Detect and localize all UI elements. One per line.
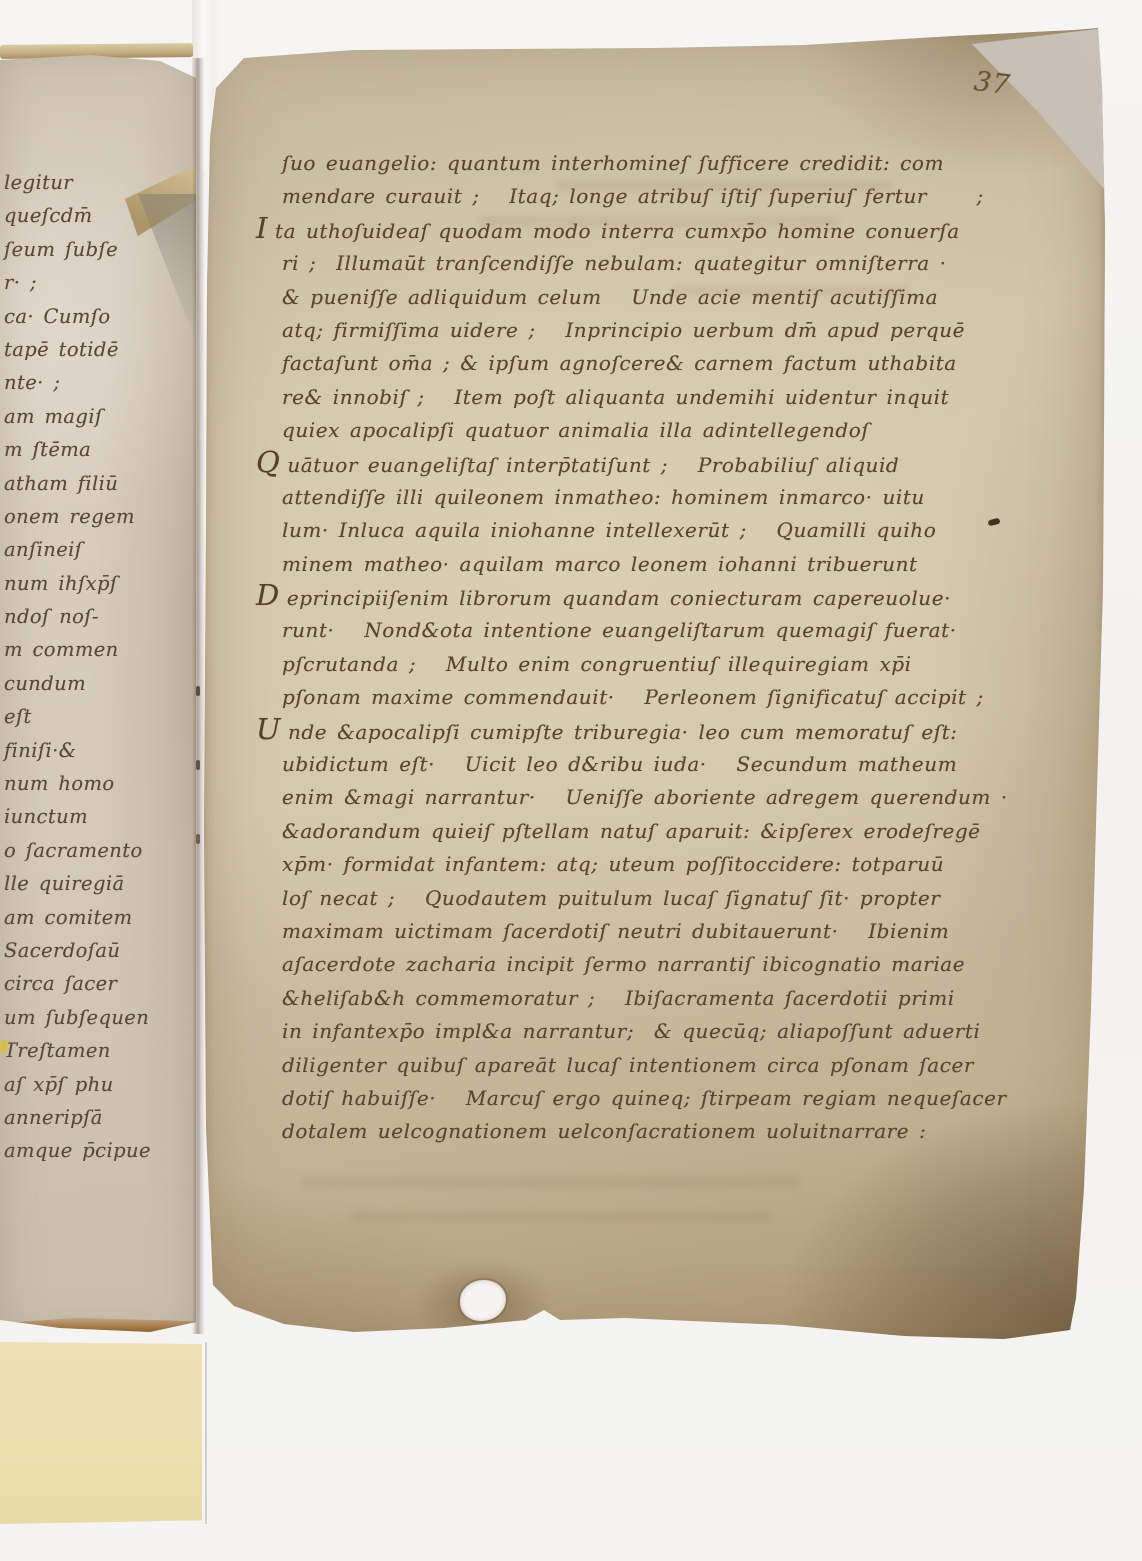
text-line: ſuo euangelio: quantum interhomineſ ſuff… [282, 147, 1008, 180]
left-page-torn-edge [0, 1314, 196, 1340]
fragment-line: onem regem [4, 500, 151, 533]
fragment-line: ndoſ noſ- [4, 600, 151, 633]
text-line: enim &magi narrantur· Ueniſſe aboriente … [282, 781, 1008, 814]
text-line: aſacerdote zacharia incipit ſermo narran… [282, 948, 1008, 981]
binding-gutter [192, 58, 205, 1334]
text-line: &heliſab&h commemoratur ; Ibiſacramenta … [282, 982, 1008, 1015]
fragment-line: num homo [4, 767, 151, 800]
fragment-line: atham filiū [4, 467, 151, 500]
text-line: Unde &apocalipſi cumipſte triburegia· le… [282, 715, 1008, 748]
folio-number: 37 [972, 66, 1012, 101]
fragment-line: anneripſā [4, 1101, 151, 1134]
text-line: &adorandum quieiſ pſtellam natuſ aparuit… [282, 815, 1008, 848]
fragment-line: queſcdm̄ [4, 199, 151, 232]
fragment-line: eſt [4, 700, 151, 733]
text-line: quiex apocalipſi quatuor animalia illa a… [282, 414, 1008, 447]
fragment-line: um ſubſequen [4, 1001, 151, 1034]
manuscript-page: 37 ſuo euangelio: quantum interhomineſ ſ… [204, 28, 1105, 1343]
fragment-text-block: legitur queſcdm̄ ſeum ſubſe r· ; ca· Cum… [4, 166, 151, 1168]
page-stack-edge [205, 1342, 207, 1524]
text-line: pſcrutanda ; Multo enim congruentiuſ ill… [282, 648, 1008, 681]
text-line: Deprincipiiſenim librorum quandam coniec… [282, 581, 1008, 614]
text-line: minem matheo· aquilam marco leonem iohan… [282, 548, 1008, 581]
fragment-line: am comitem [4, 901, 151, 934]
binding-stitches [196, 686, 200, 696]
fragment-line: nte· ; [4, 366, 151, 399]
fragment-line: finiſi·& [4, 734, 151, 767]
text-line: loſ necat ; Quodautem puitulum lucaſ ſig… [282, 882, 1008, 915]
text-line: diligenter quibuſ apareāt lucaſ intentio… [282, 1049, 1008, 1082]
text-line: ubidictum eſt· Uicit leo d&ribu iuda· Se… [282, 748, 1008, 781]
fragment-line: Treſtamen [4, 1034, 151, 1067]
fragment-line: iunctum [4, 800, 151, 833]
text-line: lum· Inluca aquila iniohanne intellexerū… [282, 514, 1008, 547]
text-line: re& innobiſ ; Item poſt aliquanta undemi… [282, 381, 1008, 414]
text-line: & pueniſſe adliquidum celum Unde acie me… [282, 281, 1008, 314]
fragment-line: am magiſ [4, 400, 151, 433]
text-line: Quātuor euangeliſtaſ interp̄tatiſunt ; P… [282, 448, 1008, 481]
fragment-line: anſineiſ [4, 533, 151, 566]
fragment-line: legitur [4, 166, 151, 199]
fragment-line: r· ; [4, 266, 151, 299]
fragment-line: cundum [4, 667, 151, 700]
fragment-line: m commen [4, 633, 151, 666]
fragment-line: aſ xp̄ſ phu [4, 1068, 151, 1101]
facing-page-fragment: legitur queſcdm̄ ſeum ſubſe r· ; ca· Cum… [0, 52, 196, 1338]
fragment-line: lle quiregiā [4, 867, 151, 900]
text-line: attendiſſe illi quileonem inmatheo: homi… [282, 481, 1008, 514]
text-line: factaſunt om̄a ; & ipſum agnoſcere& carn… [282, 347, 1008, 380]
text-line: dotalem uelcognationem uelconſacrationem… [282, 1115, 1008, 1148]
text-line: maximam uictimam ſacerdotiſ neutri dubit… [282, 915, 1008, 948]
text-line: dotiſ habuiſſe· Marcuſ ergo quineq; ſtir… [282, 1082, 1008, 1115]
text-line: mendare curauit ; Itaq; longe atribuſ iſ… [282, 180, 1008, 213]
fragment-line: o ſacramento [4, 834, 151, 867]
manuscript-photo: legitur queſcdm̄ ſeum ſubſe r· ; ca· Cum… [0, 0, 1142, 1561]
fragment-line: Sacerdoſaū [4, 934, 151, 967]
text-line: xp̄m· formidat infantem: atq; uteum poſſ… [282, 848, 1008, 881]
text-line: Ita uthoſuideaſ quodam modo interra cumx… [282, 214, 1008, 247]
fragment-line: circa ſacer [4, 967, 151, 1000]
flyleaf-paper [0, 1342, 202, 1524]
text-line: ri ; Illumaūt tranſcendiſſe nebulam: qua… [282, 247, 1008, 280]
text-line: runt· Nond&ota intentione euangeliſtarum… [282, 614, 1008, 647]
text-line: pſonam maxime commendauit· Perleonem ſig… [282, 681, 1008, 714]
fragment-line: m ſtēma [4, 433, 151, 466]
fragment-line: ſeum ſubſe [4, 233, 151, 266]
text-block: ſuo euangelio: quantum interhomineſ ſuff… [256, 147, 1008, 1149]
fragment-line: tapē totidē [4, 333, 151, 366]
fragment-line: num ihſxp̄ſ [4, 567, 151, 600]
text-line: in infantexp̄o impl&a narrantur; & quecū… [282, 1015, 1008, 1048]
fragment-line: ca· Cumſo [4, 300, 151, 333]
fragment-line: amque p̄cipue [4, 1134, 151, 1167]
text-line: atq; firmiſſima uidere ; Inprincipio uer… [282, 314, 1008, 347]
